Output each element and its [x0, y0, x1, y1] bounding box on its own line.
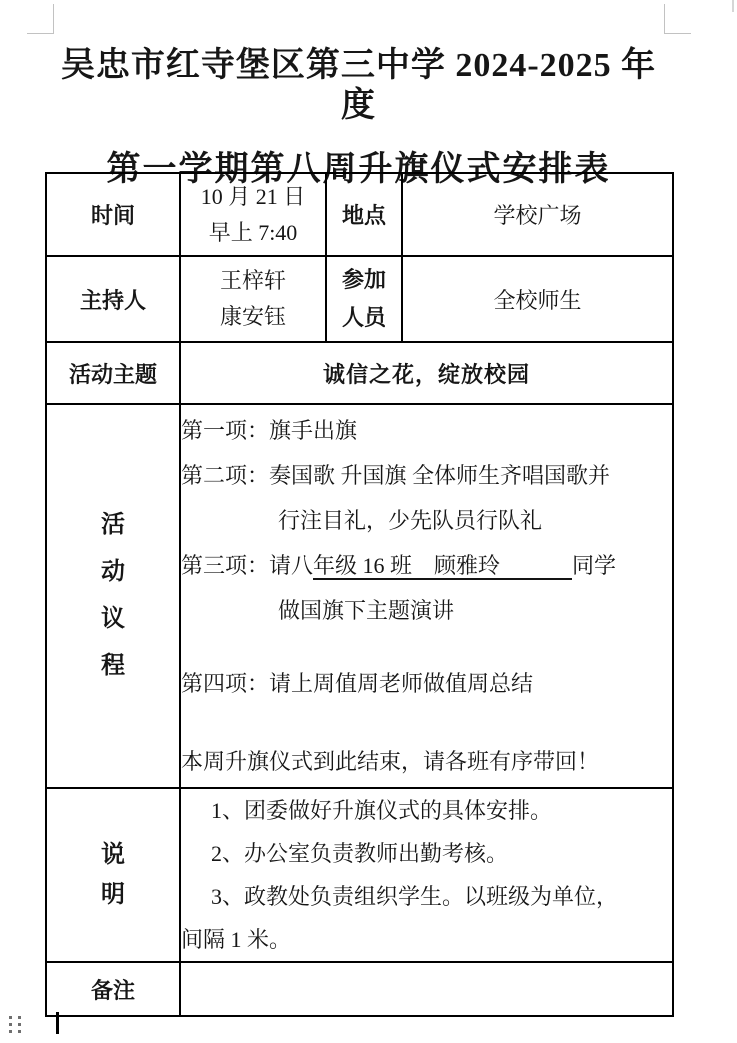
agenda-label-char: 程 [101, 654, 125, 679]
time-value-line1: 10 月 21 日 [181, 179, 325, 215]
agenda-item-3-cont: 做国旗下主题演讲 [181, 588, 672, 633]
document-title: 吴忠市红寺堡区第三中学 2024-2025 年度 第一学期第八周升旗仪式安排表 [45, 0, 672, 190]
note-3-cont: 间隔 1 米。 [181, 918, 672, 961]
drag-handle-dots[interactable] [9, 1016, 21, 1033]
agenda-label-char: 议 [101, 607, 125, 632]
host-name-2: 康安钰 [181, 299, 325, 335]
agenda-label-char: 活 [101, 513, 125, 538]
agenda-item-3-prefix: 第三项：请八 [181, 553, 313, 578]
participants-value: 全校师生 [493, 288, 581, 313]
theme-value-cell[interactable]: 诚信之花，绽放校园 [180, 342, 673, 404]
text-cursor [56, 1012, 59, 1034]
agenda-closing: 本周升旗仪式到此结束，请各班有序带回！ [181, 739, 672, 784]
notes-label-char: 说 [101, 842, 125, 868]
page-edge-tick [732, 0, 734, 12]
flag-ceremony-table: 时间 10 月 21 日 早上 7:40 地点 学校广场 主持人 王梓轩 康安钰 [45, 172, 674, 1017]
note-3: 3、政教处负责组织学生。以班级为单位， [181, 875, 672, 918]
theme-label-cell[interactable]: 活动主题 [46, 342, 180, 404]
agenda-item-3-underlined-blank: 年级 16 班 顾雅玲 [313, 553, 572, 580]
agenda-label-vertical: 活 动 议 程 [47, 405, 179, 787]
agenda-item-3: 第三项：请八年级 16 班 顾雅玲同学 [181, 543, 672, 588]
participants-label-line1: 参加 [327, 261, 401, 299]
place-value-cell[interactable]: 学校广场 [402, 173, 673, 256]
table-row-agenda: 活 动 议 程 第一项：旗手出旗 第二项：奏国歌 升国旗 全体师生齐唱国歌并 行… [46, 404, 673, 788]
theme-value: 诚信之花，绽放校园 [323, 362, 530, 387]
notes-content-cell[interactable]: 1、团委做好升旗仪式的具体安排。 2、办公室负责教师出勤考核。 3、政教处负责组… [180, 788, 673, 962]
table-row-time: 时间 10 月 21 日 早上 7:40 地点 学校广场 [46, 173, 673, 256]
agenda-item-4: 第四项：请上周值周老师做值周总结 [181, 661, 672, 706]
host-label-cell[interactable]: 主持人 [46, 256, 180, 342]
agenda-item-1: 第一项：旗手出旗 [181, 408, 672, 453]
time-label: 时间 [91, 203, 135, 228]
agenda-label-cell[interactable]: 活 动 议 程 [46, 404, 180, 788]
notes-label-char: 明 [101, 882, 125, 908]
remark-label: 备注 [91, 978, 135, 1003]
agenda-item-2: 第二项：奏国歌 升国旗 全体师生齐唱国歌并 [181, 453, 672, 498]
participants-label-line2: 人员 [327, 299, 401, 337]
agenda-label-char: 动 [101, 560, 125, 585]
table-row-remark: 备注 [46, 962, 673, 1016]
page-title-line1: 吴忠市红寺堡区第三中学 2024-2025 年度 [45, 46, 672, 126]
host-name-1: 王梓轩 [181, 263, 325, 299]
agenda-item-3-suffix: 同学 [572, 553, 616, 578]
table-row-host: 主持人 王梓轩 康安钰 参加 人员 全校师生 [46, 256, 673, 342]
agenda-content-cell[interactable]: 第一项：旗手出旗 第二项：奏国歌 升国旗 全体师生齐唱国歌并 行注目礼，少先队员… [180, 404, 673, 788]
theme-label: 活动主题 [69, 362, 157, 387]
note-2: 2、办公室负责教师出勤考核。 [181, 832, 672, 875]
blank-line [181, 633, 672, 661]
place-label-cell[interactable]: 地点 [326, 173, 402, 256]
blank-line [181, 706, 672, 739]
notes-label-vertical: 说 明 [47, 842, 179, 908]
table-row-theme: 活动主题 诚信之花，绽放校园 [46, 342, 673, 404]
remark-label-cell[interactable]: 备注 [46, 962, 180, 1016]
place-label: 地点 [342, 203, 386, 228]
time-value-line2: 早上 7:40 [181, 215, 325, 251]
note-1: 1、团委做好升旗仪式的具体安排。 [181, 789, 672, 832]
agenda-item-2-cont: 行注目礼，少先队员行队礼 [181, 498, 672, 543]
participants-value-cell[interactable]: 全校师生 [402, 256, 673, 342]
host-label: 主持人 [80, 288, 146, 313]
notes-label-cell[interactable]: 说 明 [46, 788, 180, 962]
host-value-cell[interactable]: 王梓轩 康安钰 [180, 256, 326, 342]
remark-value-cell[interactable] [180, 962, 673, 1016]
time-label-cell[interactable]: 时间 [46, 173, 180, 256]
place-value: 学校广场 [493, 203, 581, 228]
participants-label-cell[interactable]: 参加 人员 [326, 256, 402, 342]
time-value-cell[interactable]: 10 月 21 日 早上 7:40 [180, 173, 326, 256]
table-row-notes: 说 明 1、团委做好升旗仪式的具体安排。 2、办公室负责教师出勤考核。 3、政教… [46, 788, 673, 962]
